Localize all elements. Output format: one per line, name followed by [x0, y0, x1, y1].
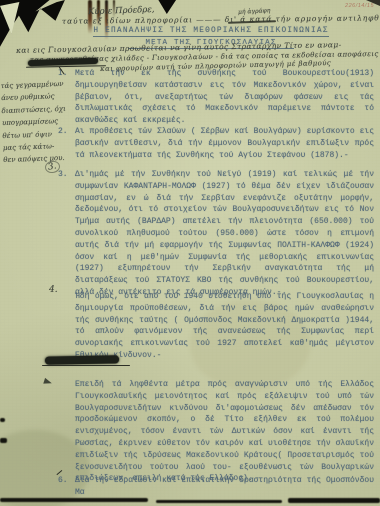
scanned-document-page: 226/14/15 Κύριε Πρόεδρε, μή ἀγράφη ταύτα…	[0, 0, 380, 506]
paragraph-1-text: Μετά τήν εκ τής συνθήκης τού Βουκουρεστί…	[75, 69, 374, 125]
margin-note: υπογραμμίσεως	[2, 115, 64, 130]
paragraph-3-text: Δι'ημάς μέ τήν Συνθήκην τού Νεϊγύ (1919)…	[75, 170, 374, 297]
margin-notes: τάς γεγραμμένων άνευ ρυθμικώς διαπιστώσε…	[1, 78, 66, 167]
scan-edge-bottom	[156, 500, 282, 503]
edge-smudge-left	[0, 438, 7, 443]
paragraph-3-number: 3.	[58, 169, 68, 181]
paragraph-2: 2. Αι προθέσεις τών Σλαύων ( Σέρβων καί …	[58, 126, 374, 161]
document-title-line-1: Η ΕΠΑΝΑΛΗΨΙΣ ΤΗΣ ΜΕΘΟΡΙΑΚΗΣ ΕΠΙΚΟΙΝΩΝΙΑΣ	[93, 27, 329, 37]
paragraph-4-text: Ήδη όμως, ότε από τού 1940 υιοθετήθη υπό…	[75, 292, 374, 360]
paragraph-5-text: Επειδή τά ληφθέντα μέτρα πρός αναγνώρισι…	[75, 380, 374, 483]
paragraph-6-text: Διά τήν εδραίωσιν καί επεκτατικήν δραστη…	[75, 476, 374, 497]
paragraph-2-text: Αι προθέσεις τών Σλαύων ( Σέρβων καί Βου…	[75, 127, 374, 160]
ink-scribble-deletion	[45, 355, 119, 364]
scan-edge-bottom	[0, 498, 148, 502]
paragraph-3: 3. Δι'ημάς μέ τήν Συνθήκην τού Νεϊγύ (19…	[58, 169, 374, 299]
paragraph-4: 4. Ήδη όμως, ότε από τού 1940 υιοθετήθη …	[58, 291, 374, 362]
paragraph-1: Ι. Μετά τήν εκ τής συνθήκης τού Βουκουρε…	[58, 68, 374, 127]
paragraph-5: Επειδή τά ληφθέντα μέτρα πρός αναγνώρισι…	[58, 379, 374, 485]
paragraph-6-number: 6.	[58, 475, 68, 487]
scan-edge-bottom	[288, 498, 380, 503]
archive-reference-number: 226/14/15	[345, 3, 374, 9]
edge-smudge-left	[0, 418, 5, 422]
paragraph-6: 6. Διά τήν εδραίωσιν καί επεκτατικήν δρα…	[58, 475, 374, 499]
paragraph-2-number: 2.	[58, 126, 68, 138]
paragraph-4-hand-number: 4.	[49, 285, 58, 297]
